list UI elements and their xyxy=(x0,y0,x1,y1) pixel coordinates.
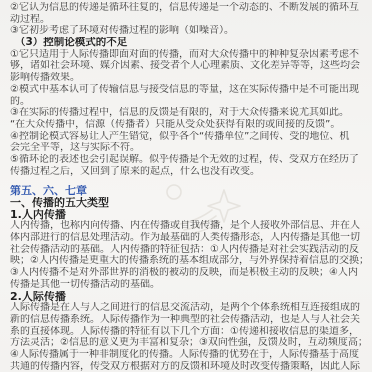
text-line: 人内传播，也称内向传播、内在传播或自我传播，是个人接收外部信息、并在人 xyxy=(10,220,366,232)
text-line: 方法灵活；②信息的意义更为丰富和复杂；③双向性强，反馈及时，互动频度高； xyxy=(10,337,366,349)
text-line: 体内部进行的信息处理活动。作为最基础的人类传播形态，人内传播是其他一切 xyxy=(10,232,366,244)
text-line: 够，诸如社会环境、媒介因素、接受者个人心理素质、文化差异等等，这些均会 xyxy=(10,60,366,72)
text-line: ②模式中基本认可了传输信息与接受信息的等量，这在实际传播中是不可能出现 xyxy=(10,84,366,96)
text-line: ④人际传播属于一种非制度化的传播。人际传播的优势在于，人际传播基于高度 xyxy=(10,349,366,361)
text-line: 映；②人内传播是更重大的传播系统的基本组成部分，与外界保持着信息的交换； xyxy=(10,255,366,267)
text-line: 系的直接体现。人际传播的特征有以下几个方面：①传递和接收信息的渠道多， xyxy=(10,326,366,338)
text-line: 传播是其他一切传播活动的基础。 xyxy=(10,279,366,291)
text-line: 人际传播是在人与人之间进行的信息交流活动，是两个个体系统相互连接组成的 xyxy=(10,302,366,314)
document-page: ②它认为信息的传递是循环往复的，信息传递是一个动态的、不断发展的循环互动过程。③… xyxy=(0,0,372,372)
text-line: ①它只适用于人际传播即面对面的传播，而对大众传播中的种种复杂因素考虑不 xyxy=(10,49,366,61)
text-line: 共通的传播内容，传受双方根据对方的反馈和环境及时改变传播策略，因此人际 xyxy=(10,361,366,372)
text-line: 影响传播效果。 xyxy=(10,72,366,84)
text-line: 传播过程之后，又回到了原来的起点，什么也没有改变。 xyxy=(10,166,366,178)
text-line: 的。 xyxy=(10,96,366,108)
text-line: ④控制论模式容易让人产生错觉，似乎各个“传播单位”之间传、受的地位、机 xyxy=(10,131,366,143)
text-line: 动过程。 xyxy=(10,14,366,26)
text-line: ⑤循环论的表述也会引起误解。似乎传播是个无效的过程，传、受双方在经历了 xyxy=(10,154,366,166)
text-line: ③在实际的传播过程中，信息的反馈是有限的，对于大众传播来说尤其如此。 xyxy=(10,107,366,119)
text-line: 会完全平等，这与实际不符。 xyxy=(10,142,366,154)
text-line: 新的信息传播系统。人际传播作为一种典型的社会传播活动，也是人与人社会关 xyxy=(10,314,366,326)
text-line: 2.人际传播 xyxy=(10,291,366,303)
text-line: 第五、六、七章 xyxy=(10,185,366,197)
text-line: “在大众传播中，信源（传播者）只能从受众处获得有限的或间接的反馈”。 xyxy=(10,119,366,131)
text-line: 社会传播活动的基础。人内传播的特征包括：①人内传播是对社会实践活动的反 xyxy=(10,244,366,256)
text-line: 1.人内传播 xyxy=(10,209,366,221)
text-line: （3）控制论模式的不足 xyxy=(10,37,366,49)
text-line: ③人内传播不是对外部世界的消极的被动的反映，而是积极主动的反映；④人内 xyxy=(10,267,366,279)
text-line: 一、传播的五大类型 xyxy=(10,197,366,209)
text-lines-container: ②它认为信息的传递是循环往复的，信息传递是一个动态的、不断发展的循环互动过程。③… xyxy=(10,2,366,372)
text-line: ②它认为信息的传递是循环往复的，信息传递是一个动态的、不断发展的循环互 xyxy=(10,2,366,14)
text-line: ③它初步考虑了环境对传播过程的影响（如噪音）。 xyxy=(10,25,366,37)
